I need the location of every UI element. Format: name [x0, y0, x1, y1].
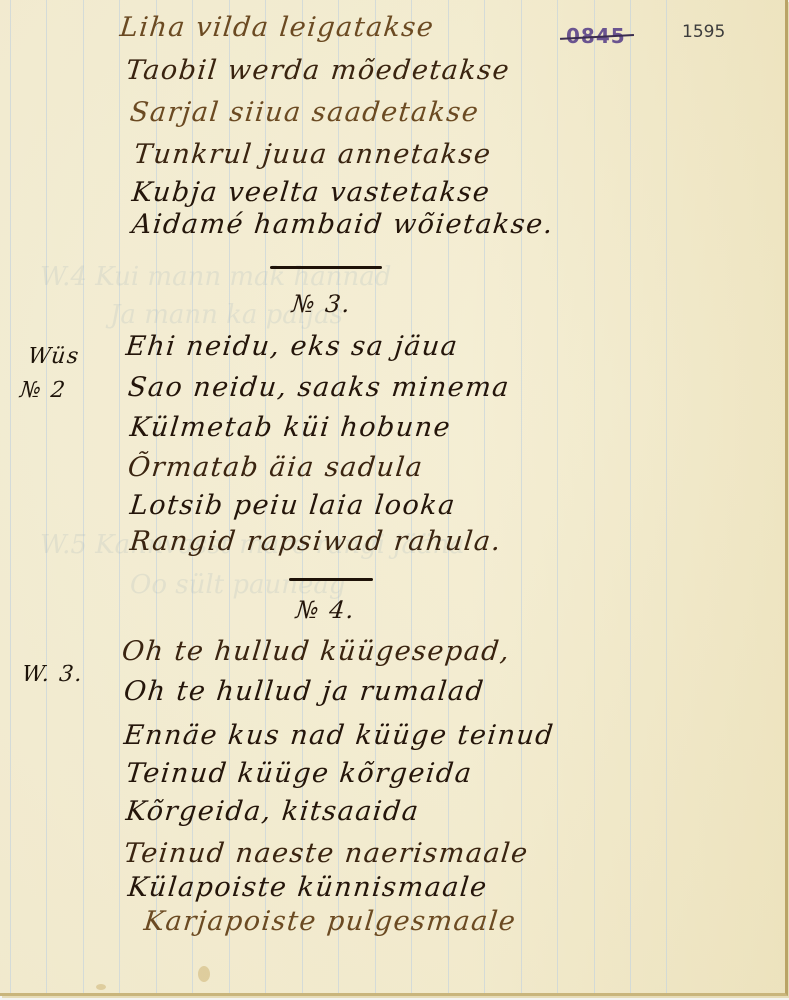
ruling-line: [10, 0, 11, 993]
verse-line: Karjapoiste pulgesmaale: [142, 906, 518, 937]
ruling-line: [119, 0, 120, 993]
ruling-line: [46, 0, 47, 993]
manuscript-page: W.4 Kui mann mak hannad Ja mann ka palja…: [0, 0, 788, 996]
verse-line: Sao neidu, saaks minema: [126, 372, 511, 403]
verse-line: Lotsib peiu laia looka: [128, 490, 457, 521]
verse-line: Rangid rapsiwad rahula.: [128, 526, 503, 557]
section-heading: № 4.: [295, 596, 357, 624]
ruling-line: [557, 0, 558, 993]
archive-stamp-struck: 0845: [566, 24, 626, 48]
verse-line: Oh te hullud ja rumalad: [122, 676, 486, 707]
verse-line: Liha vilda leigatakse: [118, 12, 436, 43]
verse-line: Taobil werda mõedetakse: [124, 55, 511, 86]
verse-line: Külmetab küi hobune: [128, 412, 452, 443]
ruling-line: [594, 0, 595, 993]
ruling-line: [666, 0, 667, 993]
section-heading: № 3.: [291, 290, 353, 318]
verse-line: Külapoiste künnismaale: [126, 872, 489, 903]
verse-line: Ennäe kus nad küüge teinud: [122, 720, 555, 751]
verse-line: Ehi neidu, eks sa jäua: [124, 331, 460, 362]
section-divider: [289, 578, 373, 581]
verse-line: Teinud naeste naerismaale: [122, 838, 530, 869]
verse-line: Õrmatab äia sadula: [126, 452, 425, 483]
verse-line: Aidamé hambaid wõietakse.: [130, 209, 555, 240]
margin-note: № 2: [19, 378, 68, 403]
verse-line: Oh te hullud küügesepad,: [120, 636, 512, 667]
ruling-line: [630, 0, 631, 993]
ruling-line: [83, 0, 84, 993]
verse-line: Kubja veelta vastetakse: [130, 177, 492, 208]
verse-line: Teinud küüge kõrgeida: [124, 758, 474, 789]
verse-line: Tunkrul juua annetakse: [132, 139, 493, 170]
verse-line: Kõrgeida, kitsaaida: [124, 796, 421, 827]
section-divider: [270, 266, 382, 269]
margin-note: Wüs: [27, 344, 81, 369]
stain: [96, 984, 106, 990]
verse-line: Sarjal siiua saadetakse: [128, 97, 481, 128]
page-number: 1595: [682, 22, 725, 42]
stain: [198, 966, 210, 982]
margin-note: W. 3.: [21, 662, 85, 687]
